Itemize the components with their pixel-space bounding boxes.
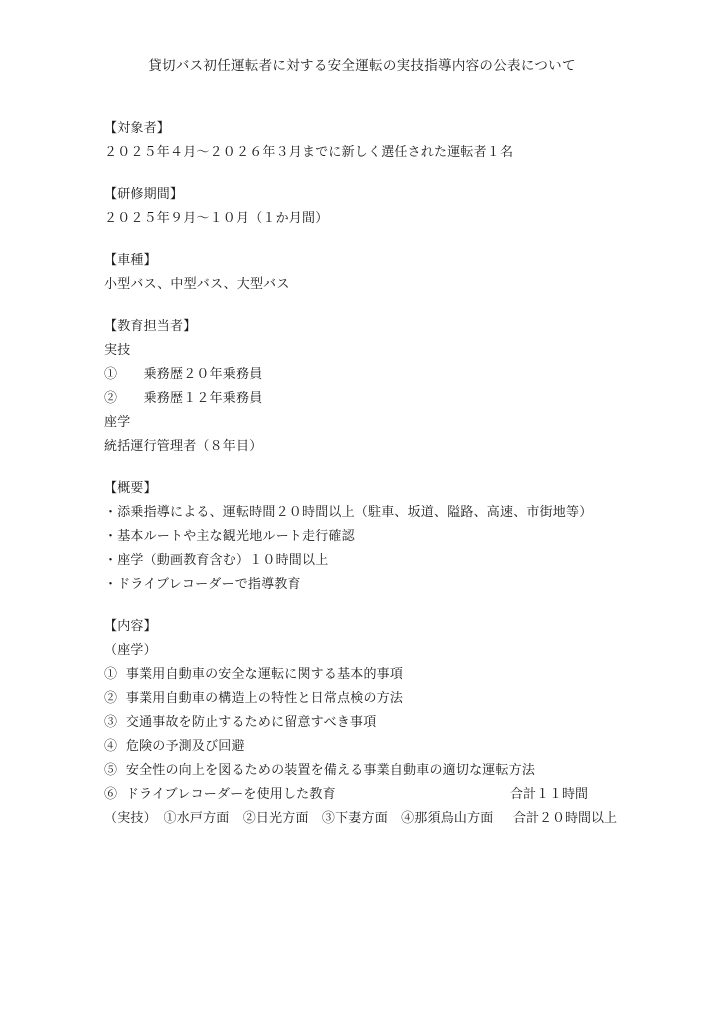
overview-item: ・座学（動画教育含む）１０時間以上 <box>104 552 328 570</box>
vehicle-heading: 【車種】 <box>104 252 157 270</box>
document-page: 貸切バス初任運転者に対する安全運転の実技指導内容の公表について 【対象者】 ２０… <box>0 0 724 1024</box>
practical-routes: （実技） ①水戸方面 ②日光方面 ③下妻方面 ④那須烏山方面 <box>104 810 494 828</box>
practical-total: 合計２０時間以上 <box>513 810 617 828</box>
instructors-practical-label: 実技 <box>104 342 130 360</box>
period-text: ２０２５年９月～１０月（１か月間） <box>104 210 328 228</box>
content-item: ② 事業用自動車の構造上の特性と日常点検の方法 <box>104 690 403 708</box>
overview-item: ・添乗指導による、運転時間２０時間以上（駐車、坂道、隘路、高速、市街地等） <box>104 504 592 522</box>
overview-item: ・基本ルートや主な観光地ルート走行確認 <box>104 528 355 546</box>
instructor-item: ② 乗務歴１２年乗務員 <box>104 390 262 408</box>
instructor-item: ① 乗務歴２０年乗務員 <box>104 366 262 384</box>
overview-heading: 【概要】 <box>104 480 157 498</box>
content-item: ⑥ ドライブレコーダーを使用した教育 <box>104 786 336 804</box>
instructors-classroom: 統括運行管理者（８年目） <box>104 438 262 456</box>
overview-item: ・ドライブレコーダーで指導教育 <box>104 576 301 594</box>
target-text: ２０２５年４月～２０２６年３月までに新しく選任された運転者１名 <box>104 144 513 162</box>
target-heading: 【対象者】 <box>104 120 170 138</box>
instructors-classroom-label: 座学 <box>104 414 130 432</box>
vehicle-text: 小型バス、中型バス、大型バス <box>104 276 290 294</box>
period-heading: 【研修期間】 <box>104 186 183 204</box>
document-title: 貸切バス初任運転者に対する安全運転の実技指導内容の公表について <box>0 54 724 74</box>
content-item: ③ 交通事故を防止するために留意すべき事項 <box>104 714 376 732</box>
content-item: ① 事業用自動車の安全な運転に関する基本的事項 <box>104 666 403 684</box>
content-item: ⑤ 安全性の向上を図るための装置を備える事業自動車の適切な運転方法 <box>104 762 535 780</box>
content-heading: 【内容】 <box>104 618 157 636</box>
content-item: ④ 危険の予測及び回避 <box>104 738 245 756</box>
content-classroom-label: （座学） <box>104 642 157 660</box>
classroom-total: 合計１１時間 <box>510 786 588 804</box>
instructors-heading: 【教育担当者】 <box>104 318 196 336</box>
